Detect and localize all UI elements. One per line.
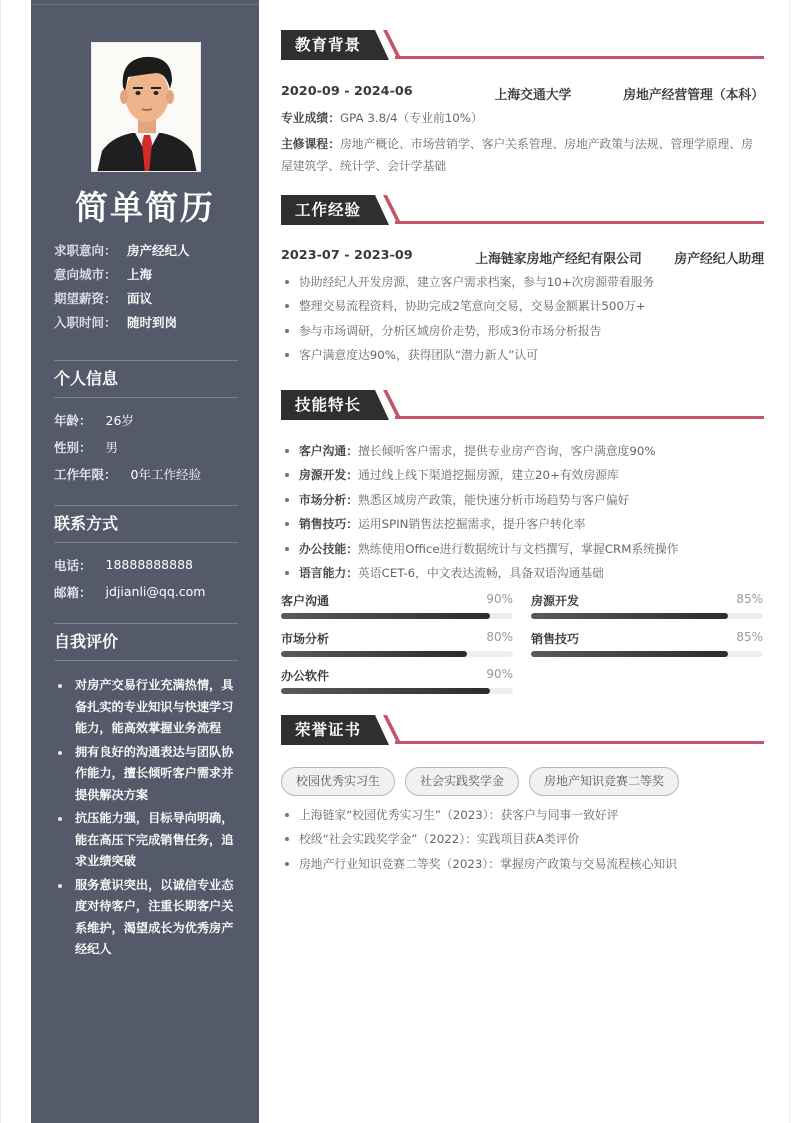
- list-item: 销售技巧：运用SPIN销售法挖掘需求，提升客户转化率: [281, 512, 764, 536]
- section-heading: 技能特长: [295, 390, 361, 420]
- education-row: 2020-09 - 2024-06 上海交通大学 房地产经营管理（本科）: [281, 84, 764, 103]
- info-value: 0年工作经验: [131, 465, 201, 483]
- progress-fill: [531, 613, 728, 619]
- skill-label: 办公技能：: [299, 542, 358, 556]
- list-item: 房源开发：通过线上线下渠道挖掘房源，建立20+有效房源库: [281, 463, 764, 487]
- avatar-photo: [91, 42, 201, 172]
- info-row-phone: 电话： 18888888888: [54, 551, 238, 578]
- section-heading: 荣誉证书: [295, 715, 361, 745]
- person-avatar-icon: [92, 43, 201, 172]
- list-item: 拥有良好的沟通表达与团队协作能力，擅长倾听客户需求并提供解决方案: [54, 742, 238, 807]
- list-item: 语言能力：英语CET-6，中文表达流畅，具备双语沟通基础: [281, 561, 764, 585]
- job-intent-list: 求职意向： 房产经纪人 意向城市： 上海 期望薪资： 面议 入职时间： 随时到岗: [54, 238, 244, 334]
- skill-text: 通过线上线下渠道挖掘房源，建立20+有效房源库: [358, 468, 619, 482]
- info-label: 年龄：: [54, 411, 92, 429]
- work-header: 工作经验: [281, 195, 764, 225]
- progress-track: [531, 651, 763, 657]
- skill-bar: 客户沟通90%: [281, 592, 513, 619]
- list-item: 整理交易流程资料，协助完成2笔意向交易，交易金额累计500万+: [281, 294, 764, 318]
- divider: [54, 660, 238, 661]
- edu-courses: 主修课程：房地产概论、市场营销学、客户关系管理、房地产政策与法规、管理学原理、房…: [281, 133, 764, 177]
- skill-bar: 销售技巧85%: [531, 630, 763, 657]
- intent-label: 意向城市：: [54, 265, 127, 283]
- list-item: 客户满意度达90%，获得团队“潜力新人”认可: [281, 343, 764, 367]
- honors-header: 荣誉证书: [281, 715, 764, 745]
- intent-label: 入职时间：: [54, 313, 127, 331]
- skill-bar: 办公软件90%: [281, 667, 513, 694]
- list-item: 房地产行业知识竞赛二等奖（2023）：掌握房产政策与交易流程核心知识: [281, 852, 764, 876]
- page-edge: [0, 0, 1, 1123]
- honor-tag: 房地产知识竞赛二等奖: [529, 767, 679, 796]
- self-eval-list: 对房产交易行业充满热情，具备扎实的专业知识与快速学习能力，能高效掌握业务流程 拥…: [54, 675, 238, 961]
- header-rule: [395, 56, 764, 59]
- list-item: 对房产交易行业充满热情，具备扎实的专业知识与快速学习能力，能高效掌握业务流程: [54, 675, 238, 740]
- header-rule: [395, 416, 764, 419]
- skill-bar: 市场分析80%: [281, 630, 513, 657]
- edu-gpa: 专业成绩：GPA 3.8/4（专业前10%）: [281, 107, 764, 129]
- header-rule: [395, 741, 764, 744]
- honor-tag: 社会实践奖学金: [405, 767, 519, 796]
- honor-bullets: 上海链家“校园优秀实习生”（2023）：获客户与同事一致好评 校级“社会实践奖学…: [281, 803, 764, 876]
- page-edge: [789, 0, 790, 1123]
- job-period: 2023-07 - 2023-09: [281, 248, 413, 267]
- list-item: 市场分析：熟悉区域房产政策，能快速分析市场趋势与客户偏好: [281, 488, 764, 512]
- skill-label: 房源开发：: [299, 468, 358, 482]
- honor-tag: 校园优秀实习生: [281, 767, 395, 796]
- skill-label: 客户沟通：: [299, 444, 358, 458]
- list-item: 抗压能力强，目标导向明确，能在高压下完成销售任务，追求业绩突破: [54, 808, 238, 873]
- list-item: 参与市场调研，分析区域房价走势，形成3份市场分析报告: [281, 319, 764, 343]
- skill-bar-name: 市场分析: [281, 630, 329, 647]
- info-row-age: 年龄： 26岁: [54, 406, 238, 433]
- info-value: 26岁: [106, 411, 134, 429]
- work-bullets: 协助经纪人开发房源，建立客户需求档案，参与10+次房源带看服务 整理交易流程资料…: [281, 270, 764, 368]
- contact-section: 联系方式 电话： 18888888888 邮箱： jdjianli@qq.com: [54, 505, 238, 605]
- skill-bar-name: 客户沟通: [281, 592, 329, 609]
- skill-label: 市场分析：: [299, 493, 358, 507]
- progress-fill: [281, 651, 467, 657]
- intent-label: 求职意向：: [54, 241, 127, 259]
- job-company: 上海链家房地产经纪有限公司: [475, 248, 641, 267]
- intent-row-salary: 期望薪资： 面议: [54, 286, 244, 310]
- header-rule: [395, 221, 764, 224]
- courses-label: 主修课程：: [281, 137, 340, 151]
- intent-label: 期望薪资：: [54, 289, 127, 307]
- education-header: 教育背景: [281, 30, 764, 60]
- skill-label: 销售技巧：: [299, 517, 358, 531]
- email-value: jdjianli@qq.com: [106, 584, 206, 599]
- intent-row-start: 入职时间： 随时到岗: [54, 310, 244, 334]
- list-item: 服务意识突出，以诚信专业态度对待客户，注重长期客户关系维护，渴望成长为优秀房产经…: [54, 875, 238, 961]
- progress-track: [281, 613, 513, 619]
- info-label: 邮箱：: [54, 583, 92, 601]
- intent-value: 随时到岗: [127, 313, 177, 331]
- skill-bar-name: 房源开发: [531, 592, 579, 609]
- info-label: 工作年限：: [54, 465, 117, 483]
- progress-track: [531, 613, 763, 619]
- progress-track: [281, 651, 513, 657]
- gpa-label: 专业成绩：: [281, 111, 340, 125]
- skill-bar-pct: 85%: [736, 592, 763, 609]
- info-row-email: 邮箱： jdjianli@qq.com: [54, 578, 238, 605]
- intent-value: 上海: [127, 265, 152, 283]
- intent-value: 房产经纪人: [127, 241, 190, 259]
- edu-school: 上海交通大学: [495, 84, 572, 103]
- section-heading: 联系方式: [54, 506, 238, 542]
- info-row-years: 工作年限： 0年工作经验: [54, 460, 238, 487]
- skill-bar-name: 销售技巧: [531, 630, 579, 647]
- intent-row-position: 求职意向： 房产经纪人: [54, 238, 244, 262]
- section-heading: 教育背景: [295, 30, 361, 60]
- personal-info-section: 个人信息 年龄： 26岁 性别： 男 工作年限： 0年工作经验: [54, 360, 238, 487]
- job-row: 2023-07 - 2023-09 上海链家房地产经纪有限公司 房产经纪人助理: [281, 248, 764, 267]
- intent-value: 面议: [127, 289, 152, 307]
- self-eval-section: 自我评价 对房产交易行业充满热情，具备扎实的专业知识与快速学习能力，能高效掌握业…: [54, 623, 238, 963]
- progress-fill: [531, 651, 728, 657]
- progress-fill: [281, 688, 490, 694]
- skill-bar-name: 办公软件: [281, 667, 329, 684]
- skill-text: 擅长倾听客户需求，提供专业房产咨询，客户满意度90%: [358, 444, 656, 458]
- progress-track: [281, 688, 513, 694]
- progress-fill: [281, 613, 490, 619]
- resume-title: 简单简历: [31, 182, 259, 229]
- skill-text: 熟练使用Office进行数据统计与文档撰写，掌握CRM系统操作: [358, 542, 679, 556]
- skills-bullets: 客户沟通：擅长倾听客户需求，提供专业房产咨询，客户满意度90% 房源开发：通过线…: [281, 439, 764, 585]
- skill-bar-pct: 80%: [486, 630, 513, 647]
- phone-value: 18888888888: [106, 557, 193, 572]
- gpa-value: GPA 3.8/4（专业前10%）: [340, 111, 483, 125]
- list-item: 校级“社会实践奖学金”（2022）：实践项目获A类评价: [281, 827, 764, 851]
- intent-row-city: 意向城市： 上海: [54, 262, 244, 286]
- section-heading: 个人信息: [54, 361, 238, 397]
- list-item: 办公技能：熟练使用Office进行数据统计与文档撰写，掌握CRM系统操作: [281, 537, 764, 561]
- honor-tags: 校园优秀实习生 社会实践奖学金 房地产知识竞赛二等奖: [281, 767, 679, 796]
- skill-text: 运用SPIN销售法挖掘需求，提升客户转化率: [358, 517, 585, 531]
- divider: [31, 4, 259, 5]
- section-heading: 自我评价: [54, 624, 238, 660]
- skill-label: 语言能力：: [299, 566, 358, 580]
- list-item: 上海链家“校园优秀实习生”（2023）：获客户与同事一致好评: [281, 803, 764, 827]
- skill-text: 英语CET-6，中文表达流畅，具备双语沟通基础: [358, 566, 604, 580]
- skills-header: 技能特长: [281, 390, 764, 420]
- info-label: 性别：: [54, 438, 92, 456]
- edu-major: 房地产经营管理（本科）: [623, 84, 764, 103]
- info-value: 男: [106, 438, 119, 456]
- info-label: 电话：: [54, 556, 92, 574]
- courses-value: 房地产概论、市场营销学、客户关系管理、房地产政策与法规、管理学原理、房屋建筑学、…: [281, 137, 753, 173]
- list-item: 客户沟通：擅长倾听客户需求，提供专业房产咨询，客户满意度90%: [281, 439, 764, 463]
- skill-text: 熟悉区域房产政策，能快速分析市场趋势与客户偏好: [358, 493, 629, 507]
- info-row-gender: 性别： 男: [54, 433, 238, 460]
- job-role: 房产经纪人助理: [674, 248, 764, 267]
- skill-bar-pct: 90%: [486, 592, 513, 609]
- section-heading: 工作经验: [295, 195, 361, 225]
- list-item: 协助经纪人开发房源，建立客户需求档案，参与10+次房源带看服务: [281, 270, 764, 294]
- sidebar: 简单简历 求职意向： 房产经纪人 意向城市： 上海 期望薪资： 面议 入职时间：…: [31, 0, 259, 1123]
- skill-bar-pct: 90%: [486, 667, 513, 684]
- skill-bar-pct: 85%: [736, 630, 763, 647]
- edu-period: 2020-09 - 2024-06: [281, 84, 413, 103]
- skill-bar: 房源开发85%: [531, 592, 763, 619]
